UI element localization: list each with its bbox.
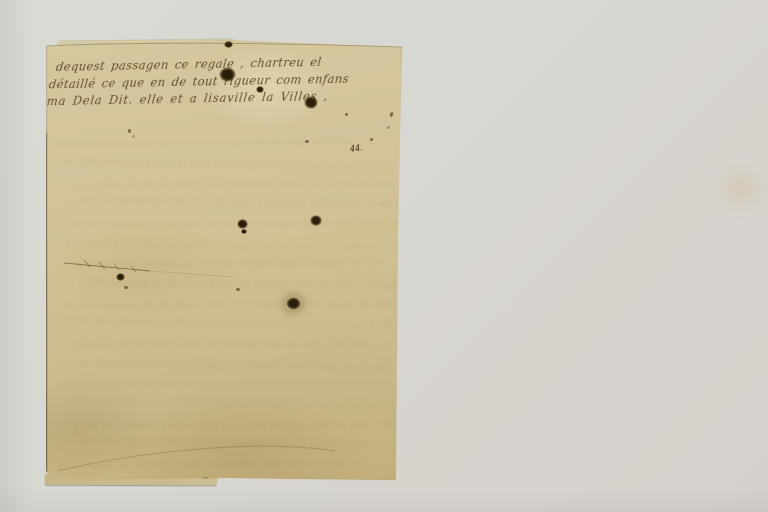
ink-blot-line3: [304, 96, 318, 109]
showthrough-line: me de la que en son regueur ce que la vi…: [58, 299, 389, 313]
speck-8: [124, 286, 128, 289]
speck-1: [345, 113, 348, 116]
handwriting-annotation: 44.: [350, 143, 364, 153]
speck-3: [370, 138, 373, 141]
showthrough-line: me de la que en son regueur ce que la vi…: [58, 377, 377, 391]
ink-stain-pair-main: [237, 219, 248, 229]
top-edge-notch: [224, 41, 233, 48]
showthrough-line: me de la que en son regueur ce que la vi…: [72, 338, 367, 352]
showthrough-line: me de la que en son regueur ce que la vi…: [58, 458, 365, 472]
showthrough-line: me de la que en son regueur ce que la vi…: [79, 196, 410, 210]
showthrough-line: me de la que en son regueur ce que la vi…: [58, 137, 353, 151]
showthrough-line: me de la que en son regueur ce que la vi…: [72, 179, 391, 193]
showthrough-line: me de la que en son regueur ce que la vi…: [58, 218, 401, 232]
showthrough-line: me de la que en son regueur ce que la vi…: [79, 436, 374, 450]
speck-comma-1: [389, 112, 393, 118]
showthrough-line: me de la que en son regueur ce que la vi…: [65, 238, 360, 252]
ink-dot-crease: [116, 273, 125, 281]
showthrough-line: me de la que en son regueur ce que la vi…: [65, 316, 408, 331]
showthrough-line: me de la que en son regueur ce que la vi…: [65, 157, 372, 171]
speck-6: [387, 126, 390, 129]
ink-blot-center: [286, 297, 301, 310]
showthrough-line: me de la que en son regueur ce que la vi…: [72, 419, 415, 433]
speck-5: [305, 140, 309, 143]
showthrough-line: me de la que en son regueur ce que la vi…: [79, 358, 386, 372]
showthrough-line: me de la que en son regueur ce que la vi…: [65, 397, 396, 411]
ink-stain-pair-satellite: [241, 229, 247, 234]
manuscript-page: me de la que en son regueur ce que la vi…: [44, 38, 404, 484]
showthrough-line: me de la que en son regueur ce que la vi…: [72, 257, 379, 271]
photo-canvas: { "photo": { "background_color": "#d8d7d…: [0, 0, 768, 512]
background-smudge: [712, 162, 768, 214]
ink-dot-line2: [256, 86, 264, 93]
paper-left-shadow-edge: [45, 133, 47, 478]
ink-stain-round: [310, 215, 322, 226]
speck-7: [236, 288, 240, 291]
speck-4: [132, 135, 135, 138]
speck-2: [128, 129, 131, 133]
